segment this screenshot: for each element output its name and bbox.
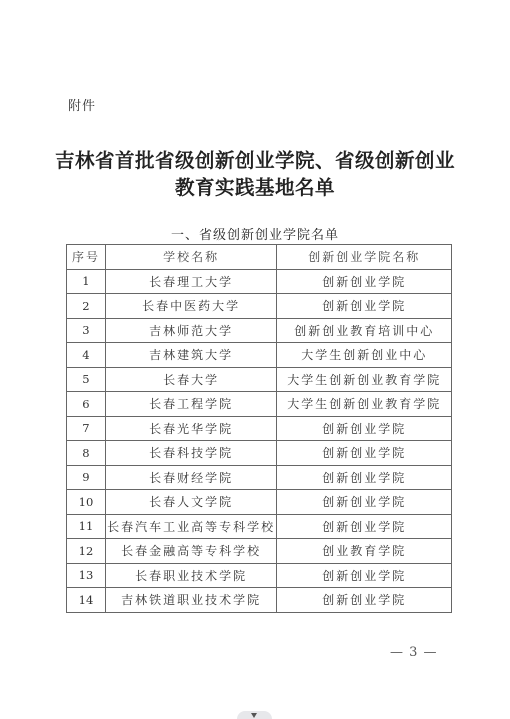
school-name: 长春财经学院 [105, 465, 277, 490]
school-name: 长春光华学院 [105, 416, 277, 441]
row-number: 11 [67, 514, 106, 539]
college-name: 创新创业学院 [277, 441, 452, 466]
table-row: 11长春汽车工业高等专科学校创新创业学院 [67, 514, 452, 539]
college-name: 创新创业学院 [277, 514, 452, 539]
school-name: 长春理工大学 [105, 269, 277, 294]
school-name: 长春职业技术学院 [105, 563, 277, 588]
college-name: 大学生创新创业教育学院 [277, 392, 452, 417]
college-name: 创新创业学院 [277, 269, 452, 294]
table-row: 8长春科技学院创新创业学院 [67, 441, 452, 466]
row-number: 14 [67, 588, 106, 613]
college-list-table: 序号 学校名称 创新创业学院名称 1长春理工大学创新创业学院2长春中医药大学创新… [66, 244, 452, 613]
scroll-down-button[interactable] [237, 711, 272, 719]
row-number: 10 [67, 490, 106, 515]
table-row: 3吉林师范大学创新创业教育培训中心 [67, 318, 452, 343]
page-number: — 3 — [390, 645, 438, 660]
college-name: 创新创业学院 [277, 490, 452, 515]
row-number: 7 [67, 416, 106, 441]
table-header-row: 序号 学校名称 创新创业学院名称 [67, 245, 452, 270]
table-row: 13长春职业技术学院创新创业学院 [67, 563, 452, 588]
school-name: 长春大学 [105, 367, 277, 392]
table-row: 7长春光华学院创新创业学院 [67, 416, 452, 441]
college-name: 大学生创新创业教育学院 [277, 367, 452, 392]
row-number: 3 [67, 318, 106, 343]
table-row: 14吉林铁道职业技术学院创新创业学院 [67, 588, 452, 613]
row-number: 9 [67, 465, 106, 490]
table-row: 5长春大学大学生创新创业教育学院 [67, 367, 452, 392]
header-no: 序号 [67, 245, 106, 270]
document-title-line1: 吉林省首批省级创新创业学院、省级创新创业 [40, 145, 470, 173]
school-name: 长春工程学院 [105, 392, 277, 417]
college-name: 创新创业教育培训中心 [277, 318, 452, 343]
row-number: 1 [67, 269, 106, 294]
header-college: 创新创业学院名称 [277, 245, 452, 270]
header-school: 学校名称 [105, 245, 277, 270]
table-row: 1长春理工大学创新创业学院 [67, 269, 452, 294]
attachment-label: 附件 [68, 95, 96, 114]
row-number: 4 [67, 343, 106, 368]
school-name: 长春人文学院 [105, 490, 277, 515]
row-number: 2 [67, 294, 106, 319]
college-name: 创新创业学院 [277, 588, 452, 613]
college-name: 创新创业学院 [277, 416, 452, 441]
school-name: 吉林师范大学 [105, 318, 277, 343]
table-row: 4吉林建筑大学大学生创新创业中心 [67, 343, 452, 368]
college-name: 创新创业学院 [277, 465, 452, 490]
row-number: 13 [67, 563, 106, 588]
school-name: 长春科技学院 [105, 441, 277, 466]
document-title-line2: 教育实践基地名单 [40, 172, 470, 200]
row-number: 8 [67, 441, 106, 466]
school-name: 吉林铁道职业技术学院 [105, 588, 277, 613]
row-number: 5 [67, 367, 106, 392]
college-name: 创新创业学院 [277, 294, 452, 319]
table-row: 10长春人文学院创新创业学院 [67, 490, 452, 515]
row-number: 6 [67, 392, 106, 417]
table-row: 2长春中医药大学创新创业学院 [67, 294, 452, 319]
chevron-down-icon [251, 713, 257, 718]
section-heading: 一、省级创新创业学院名单 [0, 224, 510, 243]
school-name: 长春汽车工业高等专科学校 [105, 514, 277, 539]
table-row: 9长春财经学院创新创业学院 [67, 465, 452, 490]
school-name: 吉林建筑大学 [105, 343, 277, 368]
table-row: 12长春金融高等专科学校创业教育学院 [67, 539, 452, 564]
school-name: 长春中医药大学 [105, 294, 277, 319]
college-name: 创业教育学院 [277, 539, 452, 564]
college-name: 创新创业学院 [277, 563, 452, 588]
row-number: 12 [67, 539, 106, 564]
table-row: 6长春工程学院大学生创新创业教育学院 [67, 392, 452, 417]
school-name: 长春金融高等专科学校 [105, 539, 277, 564]
college-name: 大学生创新创业中心 [277, 343, 452, 368]
